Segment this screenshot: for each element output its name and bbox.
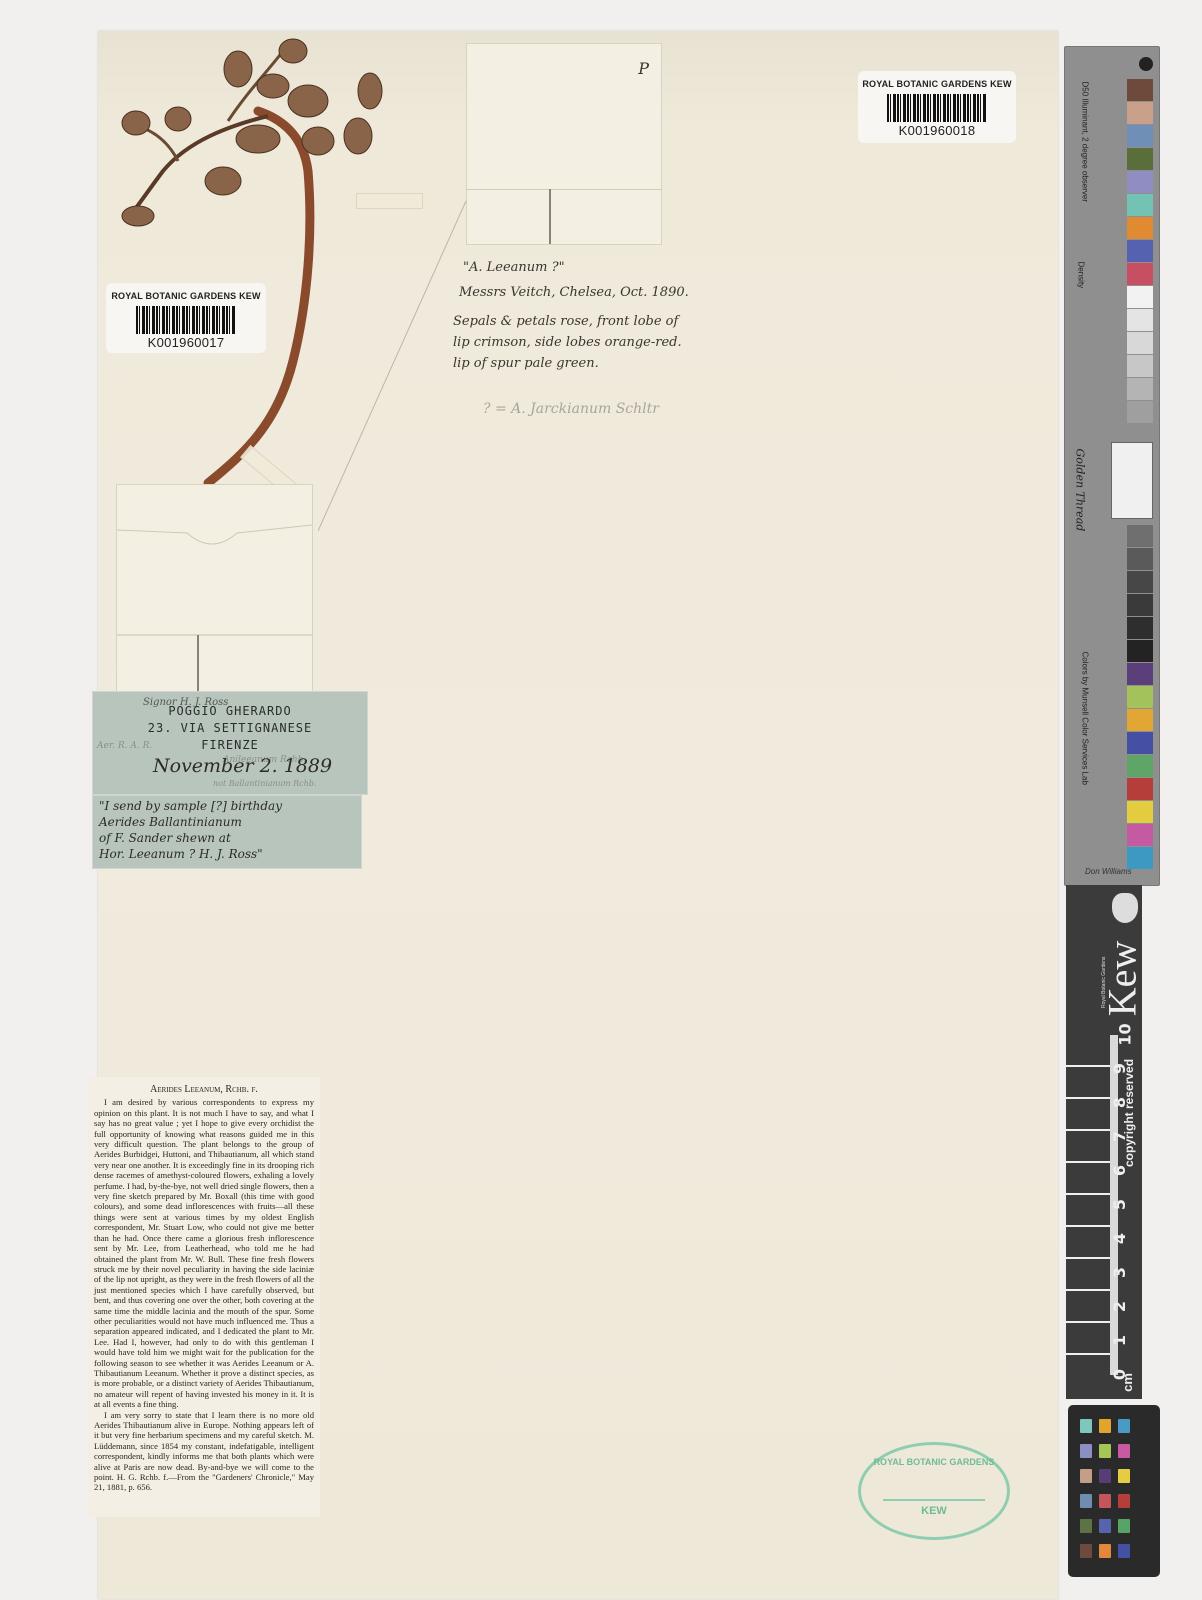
color-swatch	[1127, 79, 1153, 101]
color-checker-card	[1068, 1405, 1160, 1577]
color-calibration-bar: D50 Illuminant, 2 degree observer Densit…	[1064, 46, 1160, 886]
checker-patch	[1118, 1519, 1130, 1533]
checker-patch	[1080, 1519, 1092, 1533]
color-swatch	[1127, 240, 1153, 262]
barcode-icon	[136, 306, 236, 334]
crest-icon	[1112, 893, 1138, 923]
handwritten-label: "A. Leeanum ?" Messrs Veitch, Chelsea, O…	[453, 257, 773, 374]
brand-text: Golden Thread	[1074, 449, 1087, 539]
color-swatch	[1127, 309, 1153, 331]
color-swatch	[1127, 571, 1153, 593]
checker-patch	[1118, 1469, 1130, 1483]
card-pencil-side: Aer. R. A. R.	[97, 736, 152, 757]
color-swatch	[1127, 548, 1153, 570]
color-swatch	[1127, 824, 1153, 846]
ruler-number: 8	[1110, 1097, 1129, 1108]
credit-text: Colors by Munsell Color Services Lab	[1081, 652, 1090, 892]
checker-patch	[1118, 1419, 1130, 1433]
ruler-number: 5	[1110, 1199, 1129, 1210]
packet-mark: P	[638, 58, 649, 79]
collector-note: "I send by sample [?] birthday Aerides B…	[92, 795, 362, 869]
note-line: "A. Leeanum ?"	[453, 257, 773, 278]
checker-patch	[1080, 1544, 1092, 1558]
checker-patch	[1099, 1519, 1111, 1533]
illuminant-text: D50 Illuminant, 2 degree observer	[1081, 82, 1090, 282]
checker-patch	[1099, 1469, 1111, 1483]
checker-patch	[1118, 1494, 1130, 1508]
color-swatch	[1127, 525, 1153, 547]
color-swatch	[1127, 194, 1153, 216]
color-swatch	[1127, 732, 1153, 754]
gray-target	[1111, 442, 1153, 519]
color-swatch	[1127, 332, 1153, 354]
color-swatch	[1127, 401, 1153, 423]
barcode-number: K001960017	[106, 335, 266, 350]
checker-patch	[1099, 1544, 1111, 1558]
note-line: "I send by sample [?] birthday	[99, 798, 282, 814]
ruler-number: 3	[1110, 1267, 1129, 1278]
color-swatch	[1127, 102, 1153, 124]
herbarium-sheet: P ROYAL BOTANIC GARDENS KEW K001960018 R…	[98, 31, 1058, 1599]
barcode-number: K001960018	[858, 123, 1016, 138]
label-header: ROYAL BOTANIC GARDENS KEW	[106, 291, 266, 301]
checker-patch	[1080, 1494, 1092, 1508]
density-label: Density	[1077, 262, 1086, 322]
punch-hole	[1139, 57, 1153, 71]
color-swatch	[1127, 217, 1153, 239]
clipping-title: Aerides Leeanum, Rchb. f.	[94, 1085, 314, 1095]
checker-patch	[1099, 1444, 1111, 1458]
checker-patch	[1118, 1444, 1130, 1458]
kew-scale-bar: Kew Royal Botanic Gardens copyright rese…	[1066, 885, 1142, 1399]
herbarium-stamp: ROYAL BOTANIC GARDENS KEW	[858, 1442, 1010, 1540]
note-line: lip of spur pale green.	[453, 353, 773, 374]
color-swatch	[1127, 617, 1153, 639]
note-line: Messrs Veitch, Chelsea, Oct. 1890.	[453, 282, 773, 303]
ruler-number: 6	[1110, 1165, 1129, 1176]
ruler-number: 0	[1110, 1369, 1129, 1380]
label-header: ROYAL BOTANIC GARDENS KEW	[858, 79, 1016, 89]
color-swatch	[1127, 378, 1153, 400]
note-line: of F. Sander shewn at	[99, 830, 282, 846]
signature-text: Don Williams	[1085, 867, 1132, 876]
color-swatch	[1127, 686, 1153, 708]
kew-logo-subtext: Royal Botanic Gardens	[1101, 928, 1107, 1008]
card-printed-line: POGGIO GHERARDO	[93, 704, 367, 718]
stamp-top-text: ROYAL BOTANIC GARDENS	[861, 1457, 1007, 1467]
note-line: Hor. Leeanum ? H. J. Ross"	[99, 846, 282, 862]
pencil-annotation: ? = A. Jarckianum Schltr	[483, 399, 659, 420]
checker-patch	[1099, 1494, 1111, 1508]
color-swatch	[1127, 263, 1153, 285]
card-date: November 2. 1889	[153, 756, 332, 777]
ruler-number: 7	[1110, 1131, 1129, 1142]
ruler-number: 10	[1116, 1023, 1135, 1045]
color-swatch	[1127, 709, 1153, 731]
ruler-number: 2	[1110, 1301, 1129, 1312]
ruler-number: 4	[1110, 1233, 1129, 1244]
color-swatch	[1127, 755, 1153, 777]
newspaper-clipping: Aerides Leeanum, Rchb. f. I am desired b…	[88, 1077, 320, 1517]
collector-card: Signor H. J. Ross POGGIO GHERARDO 23. VI…	[92, 691, 368, 795]
color-swatch	[1127, 640, 1153, 662]
color-swatch	[1127, 355, 1153, 377]
clipping-paragraph: I am very sorry to state that I learn th…	[94, 1410, 314, 1493]
checker-patch	[1080, 1444, 1092, 1458]
seed-packet-top: P	[466, 43, 662, 245]
color-swatch	[1127, 778, 1153, 800]
card-pencil-below: not Ballantinianum Rchb.	[213, 778, 316, 790]
color-swatch	[1127, 663, 1153, 685]
color-swatch	[1127, 171, 1153, 193]
color-swatch	[1127, 801, 1153, 823]
color-swatch	[1127, 148, 1153, 170]
card-printed-line: 23. VIA SETTIGNANESE	[93, 721, 367, 735]
note-line: Sepals & petals rose, front lobe of	[453, 311, 773, 332]
color-swatch	[1127, 125, 1153, 147]
note-line: lip crimson, side lobes orange-red.	[453, 332, 773, 353]
barcode-label: ROYAL BOTANIC GARDENS KEW K001960018	[858, 71, 1016, 143]
checker-patch	[1099, 1419, 1111, 1433]
color-swatch	[1127, 594, 1153, 616]
checker-patch	[1080, 1419, 1092, 1433]
color-swatch	[1127, 847, 1153, 869]
ruler-number: 9	[1110, 1063, 1129, 1074]
seed-packet-bottom	[116, 484, 313, 693]
ruler-number: 1	[1110, 1335, 1129, 1346]
stamp-bottom-text: KEW	[861, 1505, 1007, 1517]
note-line: Aerides Ballantinianum	[99, 814, 282, 830]
barcode-icon	[887, 94, 987, 122]
clipping-paragraph: I am desired by various correspondents t…	[94, 1097, 314, 1409]
checker-patch	[1080, 1469, 1092, 1483]
checker-patch	[1118, 1544, 1130, 1558]
color-swatch	[1127, 286, 1153, 308]
barcode-label: ROYAL BOTANIC GARDENS KEW K001960017	[106, 283, 266, 353]
